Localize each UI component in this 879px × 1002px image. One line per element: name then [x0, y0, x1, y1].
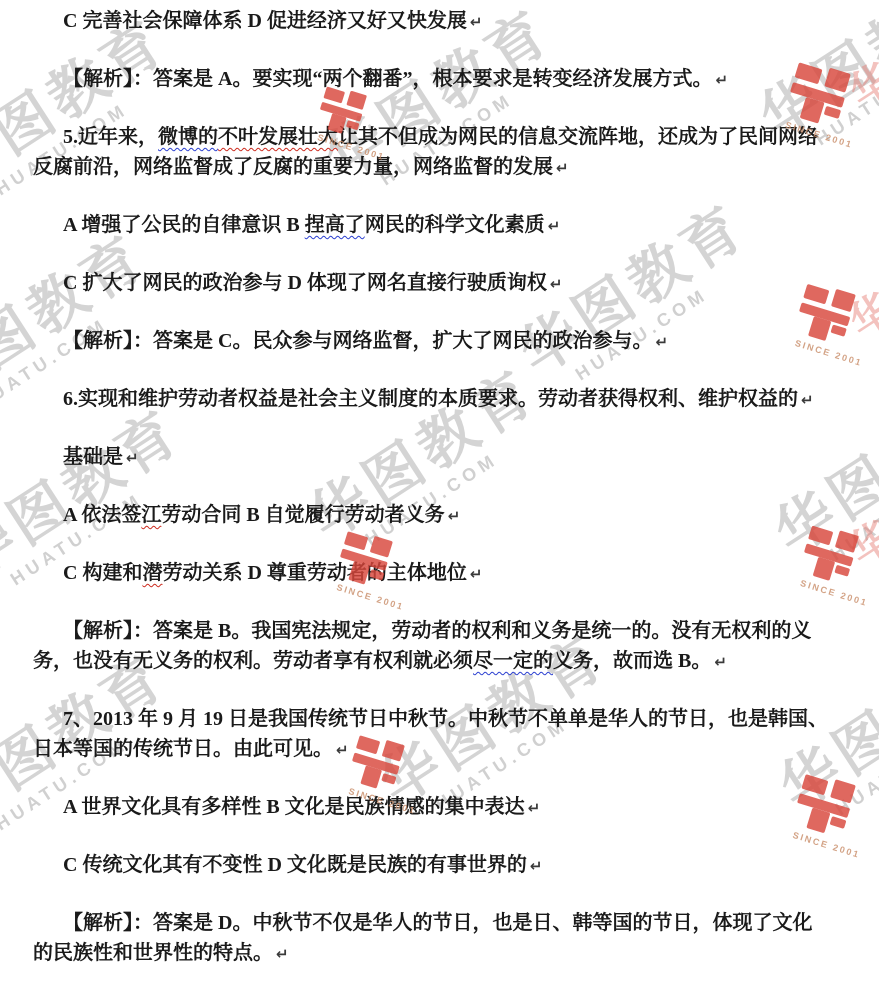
text-line: 基础是↵	[33, 442, 849, 472]
text-line: 日本等国的传统节日。由此可见。↵	[33, 734, 849, 764]
text-segment: C 完善社会保障体系 D 促进经济又好又快发展	[63, 10, 467, 32]
text-segment: 基础是	[63, 446, 123, 468]
text-segment: 江	[141, 504, 161, 526]
text-line: 【解析】：答案是 C。民众参与网络监督，扩大了网民的政治参与。↵	[33, 326, 849, 356]
return-mark-icon: ↵	[655, 333, 668, 351]
paragraph: A 增强了公民的自律意识 B 捏高了网民的科学文化素质↵	[33, 210, 849, 240]
text-segment: 捏高了	[305, 214, 365, 236]
text-line: 【解析】：答案是 B。我国宪法规定，劳动者的权利和义务是统一的。没有无权利的义	[33, 616, 849, 646]
text-segment: C 扩大了网民的政治参与 D 体现了网名直接行驶质询权	[63, 272, 547, 294]
paragraph: 【解析】：答案是 B。我国宪法规定，劳动者的权利和义务是统一的。没有无权利的义务…	[33, 616, 849, 676]
return-mark-icon: ↵	[556, 159, 569, 177]
paragraph: C 扩大了网民的政治参与 D 体现了网名直接行驶质询权↵	[33, 268, 849, 298]
paragraph: C 传统文化其有不变性 D 文化既是民族的有事世界的↵	[33, 850, 849, 880]
text-segment: 义务，故而选 B。	[553, 650, 711, 672]
text-line: 7、2013 年 9 月 19 日是我国传统节日中秋节。中秋节不单单是华人的节日…	[33, 704, 849, 734]
text-segment: 7、2013 年 9 月 19 日是我国传统节日中秋节。中秋节不单单是华人的节日…	[63, 708, 828, 730]
paragraph: 6.实现和维护劳动者权益是社会主义制度的本质要求。劳动者获得权利、维护权益的↵	[33, 384, 849, 414]
text-segment: 的民族性和世界性的特点。	[33, 942, 273, 964]
text-segment: A 世界文化具有多样性 B 文化是民族情感的集中表达	[63, 796, 525, 818]
text-line: A 依法签江劳动合同 B 自觉履行劳动者义务↵	[33, 500, 849, 530]
text-line: C 传统文化其有不变性 D 文化既是民族的有事世界的↵	[33, 850, 849, 880]
text-segment: 6.实现和维护劳动者权益是社会主义制度的本质要求。劳动者获得权利、维护权益的	[63, 388, 798, 410]
text-segment: 5.近年来，	[63, 126, 158, 148]
text-line: 5.近年来，微博的不叶发展壮大让其不但成为网民的信息交流阵地，还成为了民间网络	[33, 122, 849, 152]
return-mark-icon: ↵	[276, 945, 289, 963]
text-segment: 劳动合同 B 自觉履行劳动者义务	[161, 504, 444, 526]
document-body: C 完善社会保障体系 D 促进经济又好又快发展↵【解析】：答案是 A。要实现“两…	[33, 6, 849, 996]
return-mark-icon: ↵	[714, 653, 727, 671]
text-segment: 务，也没有无义务的权利。劳动者享有权利就必须	[33, 650, 473, 672]
text-line: 的民族性和世界性的特点。↵	[33, 938, 849, 968]
text-segment: 不叶发展壮大	[218, 126, 338, 148]
return-mark-icon: ↵	[336, 741, 349, 759]
paragraph: 【解析】：答案是 D。中秋节不仅是华人的节日，也是日、韩等国的节日，体现了文化的…	[33, 908, 849, 968]
text-line: 6.实现和维护劳动者权益是社会主义制度的本质要求。劳动者获得权利、维护权益的↵	[33, 384, 849, 414]
text-line: A 世界文化具有多样性 B 文化是民族情感的集中表达↵	[33, 792, 849, 822]
paragraph: 【解析】：答案是 C。民众参与网络监督，扩大了网民的政治参与。↵	[33, 326, 849, 356]
text-line: C 扩大了网民的政治参与 D 体现了网名直接行驶质询权↵	[33, 268, 849, 298]
return-mark-icon: ↵	[801, 391, 814, 409]
return-mark-icon: ↵	[715, 71, 728, 89]
paragraph: C 构建和潜劳动关系 D 尊重劳动者的主体地位↵	[33, 558, 849, 588]
text-line: 【解析】：答案是 D。中秋节不仅是华人的节日，也是日、韩等国的节日，体现了文化	[33, 908, 849, 938]
text-segment: 【解析】：答案是 A。要实现“两个翻番”，根本要求是转变经济发展方式。	[63, 68, 712, 90]
return-mark-icon: ↵	[550, 275, 563, 293]
text-line: 务，也没有无义务的权利。劳动者享有权利就必须尽一定的义务，故而选 B。↵	[33, 646, 849, 676]
text-segment: A 增强了公民的自律意识 B	[63, 214, 305, 236]
text-segment: 网民的科学文化素质	[365, 214, 545, 236]
text-segment: C 构建和	[63, 562, 142, 584]
return-mark-icon: ↵	[530, 857, 543, 875]
text-segment: A 依法签	[63, 504, 141, 526]
text-line: 反腐前沿，网络监督成了反腐的重要力量，网络监督的发展↵	[33, 152, 849, 182]
text-segment: 潜	[142, 562, 162, 584]
return-mark-icon: ↵	[448, 507, 461, 525]
paragraph: 5.近年来，微博的不叶发展壮大让其不但成为网民的信息交流阵地，还成为了民间网络反…	[33, 122, 849, 182]
text-segment: 劳动关系 D 尊重劳动者的主体地位	[162, 562, 466, 584]
text-segment: 日本等国的传统节日。由此可见。	[33, 738, 333, 760]
text-segment: C 传统文化其有不变性 D 文化既是民族的有事世界的	[63, 854, 527, 876]
return-mark-icon: ↵	[470, 565, 483, 583]
paragraph: 基础是↵	[33, 442, 849, 472]
text-segment: 【解析】：答案是 B。我国宪法规定，劳动者的权利和义务是统一的。没有无权利的义	[63, 620, 811, 642]
return-mark-icon: ↵	[470, 13, 483, 31]
return-mark-icon: ↵	[548, 217, 561, 235]
text-line: C 构建和潜劳动关系 D 尊重劳动者的主体地位↵	[33, 558, 849, 588]
page-root: { "colors": { "text": "#1a1a1a", "waterm…	[0, 0, 879, 1002]
text-segment: 尽一定的	[473, 650, 553, 672]
text-line: 【解析】：答案是 A。要实现“两个翻番”，根本要求是转变经济发展方式。↵	[33, 64, 849, 94]
text-segment: 反腐前沿，网络监督成了反腐的重要力量，网络监督的发展	[33, 156, 553, 178]
paragraph: A 世界文化具有多样性 B 文化是民族情感的集中表达↵	[33, 792, 849, 822]
text-segment: 【解析】：答案是 C。民众参与网络监督，扩大了网民的政治参与。	[63, 330, 652, 352]
paragraph: C 完善社会保障体系 D 促进经济又好又快发展↵	[33, 6, 849, 36]
return-mark-icon: ↵	[528, 799, 541, 817]
paragraph: 【解析】：答案是 A。要实现“两个翻番”，根本要求是转变经济发展方式。↵	[33, 64, 849, 94]
text-line: C 完善社会保障体系 D 促进经济又好又快发展↵	[33, 6, 849, 36]
paragraph: A 依法签江劳动合同 B 自觉履行劳动者义务↵	[33, 500, 849, 530]
text-segment: 让其不但成为网民的信息交流阵地，还成为了民间网络	[338, 126, 818, 148]
paragraph: 7、2013 年 9 月 19 日是我国传统节日中秋节。中秋节不单单是华人的节日…	[33, 704, 849, 764]
text-line: A 增强了公民的自律意识 B 捏高了网民的科学文化素质↵	[33, 210, 849, 240]
text-segment: 【解析】：答案是 D。中秋节不仅是华人的节日，也是日、韩等国的节日，体现了文化	[63, 912, 812, 934]
text-segment: 微博的	[158, 126, 218, 148]
return-mark-icon: ↵	[126, 449, 139, 467]
